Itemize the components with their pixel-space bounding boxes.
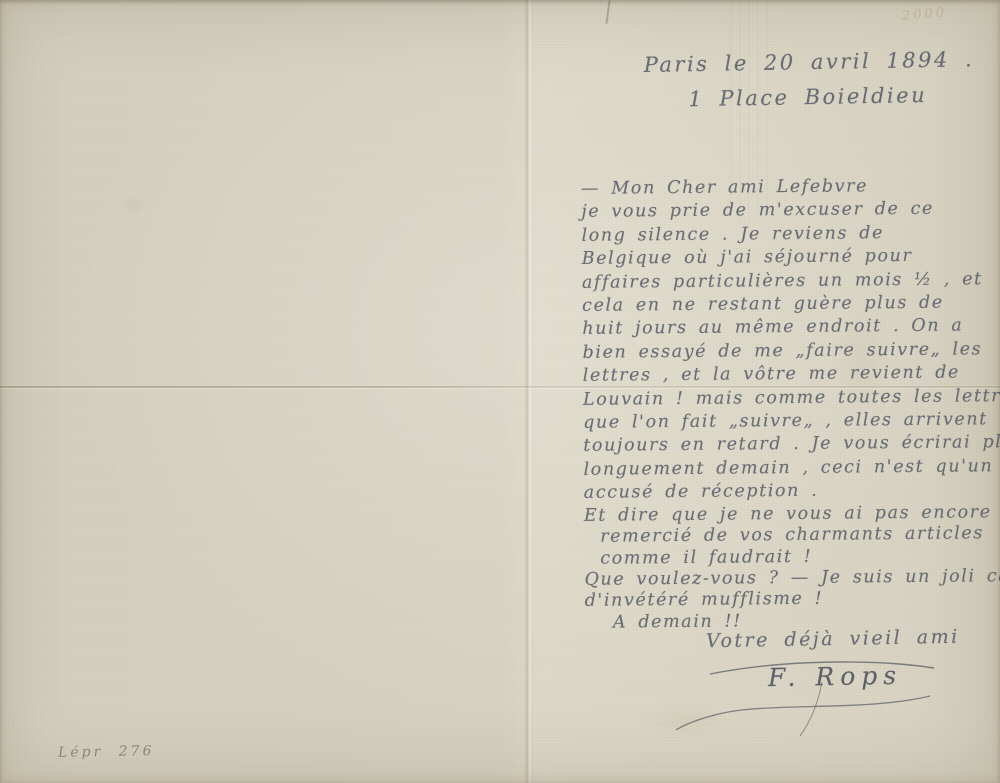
body-line: remercié de vos charmants articles: [584, 523, 1000, 548]
body-line: Que voulez-vous ? — Je suis un joli cas: [584, 566, 1000, 591]
body-line: toujours en retard . Je vous écrirai plu…: [583, 432, 1000, 459]
body-line: longuement demain , ceci n'est qu'un: [583, 455, 1000, 482]
corner-inscription: 2000: [901, 5, 947, 24]
paper-stain: [640, 700, 730, 740]
body-line: lettres , et la vôtre me revient de: [583, 361, 1000, 388]
top-edge-tear: [605, 0, 610, 24]
archive-number: Lépr 276: [58, 743, 155, 761]
letter-sheet: 2000 Paris le 20 avril 1894 . 1 Place Bo…: [0, 0, 1000, 783]
body-line: huit jours au même endroit . On a: [582, 315, 1000, 342]
signature: F. Rops: [768, 661, 903, 692]
letter-body: — Mon Cher ami Lefebvre je vous prie de …: [581, 174, 1000, 634]
left-page-blank: [0, 0, 524, 783]
letter-header: Paris le 20 avril 1894 . 1 Place Boieldi…: [644, 47, 985, 112]
date-line: Paris le 20 avril 1894 .: [644, 47, 984, 77]
vertical-fold-crease: [524, 0, 532, 783]
address-line: 1 Place Boieldieu: [644, 82, 984, 112]
closing-line: Votre déjà vieil ami: [706, 626, 960, 652]
